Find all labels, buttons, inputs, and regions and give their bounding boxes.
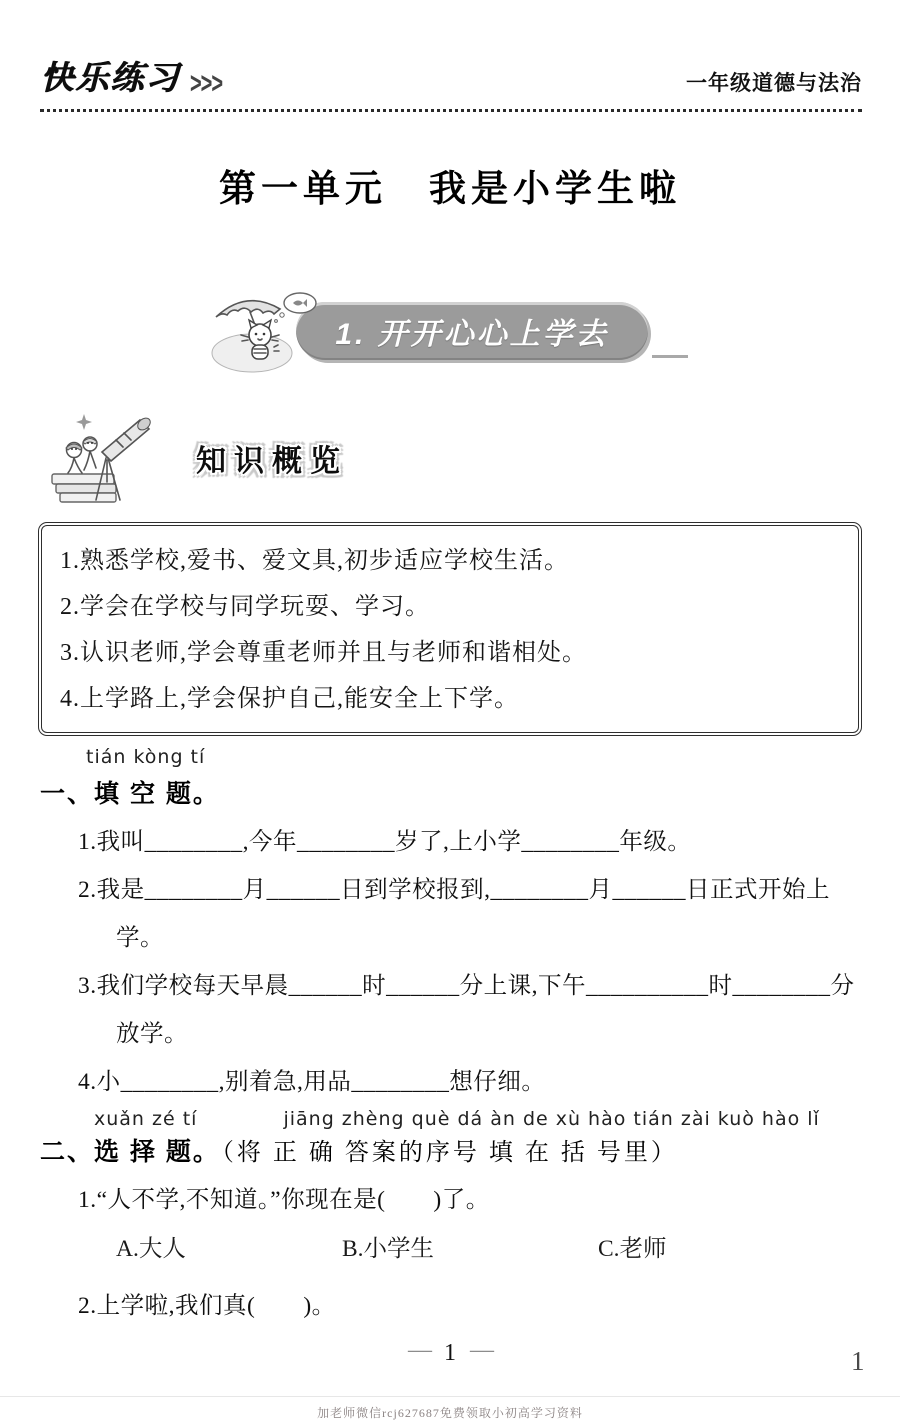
overview-item: 4.上学路上,学会保护自己,能安全上下学。 <box>60 676 840 722</box>
lesson-title: 1. 开开心心上学去 <box>335 309 608 353</box>
choice-question-1: 1.“人不学,不知道。”你现在是( )了。 <box>78 1176 860 1224</box>
overview-item: 1.熟悉学校,爱书、爱文具,初步适应学校生活。 <box>60 538 840 584</box>
page-number: —1— <box>0 1340 900 1367</box>
stray-mark: 1 <box>851 1346 865 1377</box>
cat-umbrella-illustration <box>208 287 320 375</box>
fill-question-1: 1.我叫________,今年________岁了,上小学________年级。 <box>78 818 860 866</box>
page-number-value: 1 <box>444 1340 456 1366</box>
banner-tail-line <box>652 355 688 358</box>
watermark-text: 加老师微信rcj627687免费领取小初高学习资料 <box>0 1404 900 1421</box>
choice-questions-cont: 2.上学啦,我们真( )。 <box>78 1282 860 1330</box>
lesson-banner-row: 1. 开开心心上学去 <box>208 286 900 376</box>
page-header: 快乐练习 >>> 一年级道德与法治 <box>40 52 862 112</box>
brand-title: 快乐练习 <box>40 52 180 99</box>
overview-item: 3.认识老师,学会尊重老师并且与老师和谐相处。 <box>60 630 840 676</box>
fill-question-3: 3.我们学校每天早晨______时______分上课,下午__________时… <box>78 962 860 1058</box>
page-number-dash-left: — <box>408 1337 430 1363</box>
overview-box: 1.熟悉学校,爱书、爱文具,初步适应学校生活。 2.学会在学校与同学玩耍、学习。… <box>38 522 862 736</box>
overview-header-row: 知识概览 <box>44 410 900 506</box>
option-b: B.小学生 <box>342 1224 598 1274</box>
pinyin-choice-row: xuǎn zé tí jiāng zhèng què dá àn de xù h… <box>94 1108 900 1130</box>
section-choice-heading: 二、选 择 题。（将 正 确 答案的序号 填 在 括 号里） <box>40 1132 900 1168</box>
overview-item: 2.学会在学校与同学玩耍、学习。 <box>60 584 840 630</box>
lesson-banner: 1. 开开心心上学去 <box>296 302 648 360</box>
choice-question-2: 2.上学啦,我们真( )。 <box>78 1282 860 1330</box>
pinyin-fill: tián kòng tí <box>86 746 900 768</box>
subject-title: 一年级道德与法治 <box>686 67 862 97</box>
brand-block: 快乐练习 >>> <box>40 52 222 99</box>
bottom-rule <box>0 1396 900 1397</box>
fill-questions: 1.我叫________,今年________岁了,上小学________年级。… <box>78 818 860 1106</box>
fill-question-2: 2.我是________月______日到学校报到,________月_____… <box>78 866 860 962</box>
chevrons-icon: >>> <box>190 67 222 102</box>
worksheet-page: 快乐练习 >>> 一年级道德与法治 第一单元 我是小学生啦 1. 开开心 <box>0 0 900 1428</box>
pinyin-choice-note: jiāng zhèng què dá àn de xù hào tián zài… <box>283 1108 819 1130</box>
choice-question-1-options: A.大人 B.小学生 C.老师 <box>116 1224 860 1274</box>
choice-heading-main: 二、选 择 题。 <box>40 1138 220 1166</box>
telescope-kids-illustration <box>44 410 162 506</box>
fill-question-4: 4.小________,别着急,用品________想仔细。 <box>78 1058 860 1106</box>
pinyin-choice: xuǎn zé tí <box>94 1108 197 1130</box>
option-c: C.老师 <box>598 1224 667 1274</box>
choice-questions: 1.“人不学,不知道。”你现在是( )了。 <box>78 1176 860 1224</box>
section-fill-heading: 一、填 空 题。 <box>40 774 900 810</box>
choice-heading-note: （将 正 确 答案的序号 填 在 括 号里） <box>222 1140 678 1166</box>
overview-label: 知识概览 <box>196 436 348 480</box>
unit-title: 第一单元 我是小学生啦 <box>0 158 900 212</box>
option-a: A.大人 <box>116 1224 342 1274</box>
page-number-dash-right: — <box>470 1337 492 1363</box>
